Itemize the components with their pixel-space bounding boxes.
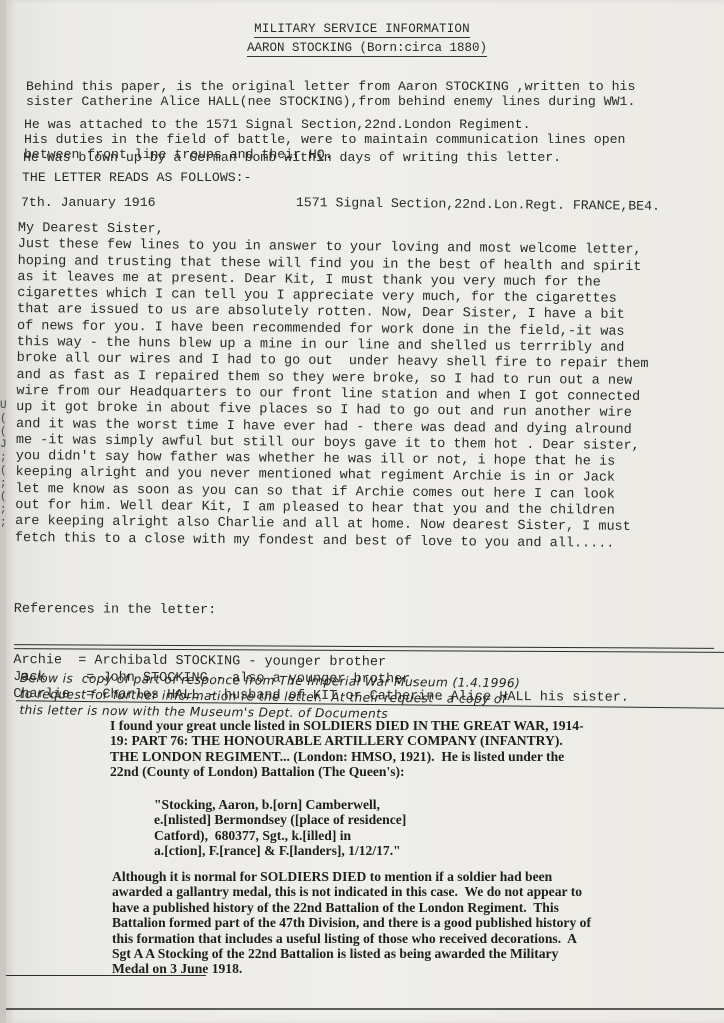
response-line: awarded a gallantry medal, this is not i…: [112, 884, 591, 899]
response-line: I found your great uncle listed in SOLDI…: [110, 718, 584, 733]
museum-quote: "Stocking, Aaron, b.[orn] Camberwell,e.[…: [154, 797, 406, 859]
quote-line: a.[ction], F.[rance] & F.[landers], 1/12…: [154, 843, 406, 858]
response-line: 19: PART 76: THE HONOURABLE ARTILLERY CO…: [110, 733, 584, 748]
quote-line: e.[nlisted] Bermondsey ([place of reside…: [154, 812, 406, 827]
response-line: Sgt A A Stocking of the 22nd Battalion i…: [112, 946, 591, 961]
response-line: Battalion formed part of the 47th Divisi…: [112, 915, 591, 930]
handwritten-note: Below is copy of part of responce from T…: [19, 654, 710, 725]
response-line: have a published history of the 22nd Bat…: [112, 900, 591, 915]
response-line: this formation that includes a useful li…: [112, 931, 591, 946]
response-line: 22nd (County of London) Battalion (The Q…: [110, 764, 584, 779]
letter-heading: THE LETTER READS AS FOLLOWS:-: [22, 170, 252, 185]
death-note: He was blown up by a German bomb within …: [23, 150, 561, 165]
museum-response-paragraph-1: I found your great uncle listed in SOLDI…: [110, 718, 584, 780]
response-line: THE LONDON REGIMENT... (London: HMSO, 19…: [110, 749, 584, 764]
divider-rule: [6, 1008, 724, 1010]
document-subtitle: AARON STOCKING (Born:circa 1880): [0, 41, 724, 55]
divider-rule: [6, 975, 206, 976]
letter-date: 7th. January 1916: [21, 195, 156, 210]
quote-line: "Stocking, Aaron, b.[orn] Camberwell,: [154, 797, 406, 812]
museum-response-paragraph-2: Although it is normal for SOLDIERS DIED …: [112, 869, 591, 977]
adjacent-page-edge-marks: U ( ( J ; ( ; ( ; ;: [0, 400, 6, 520]
response-line: Although it is normal for SOLDIERS DIED …: [112, 869, 591, 884]
quote-line: Catford), 680377, Sgt., k.[illed] in: [154, 828, 406, 843]
letter-body: My Dearest Sister,Just these few lines t…: [15, 221, 650, 553]
document-title: MILITARY SERVICE INFORMATION: [0, 22, 724, 36]
references-heading: References in the letter:: [14, 601, 630, 622]
